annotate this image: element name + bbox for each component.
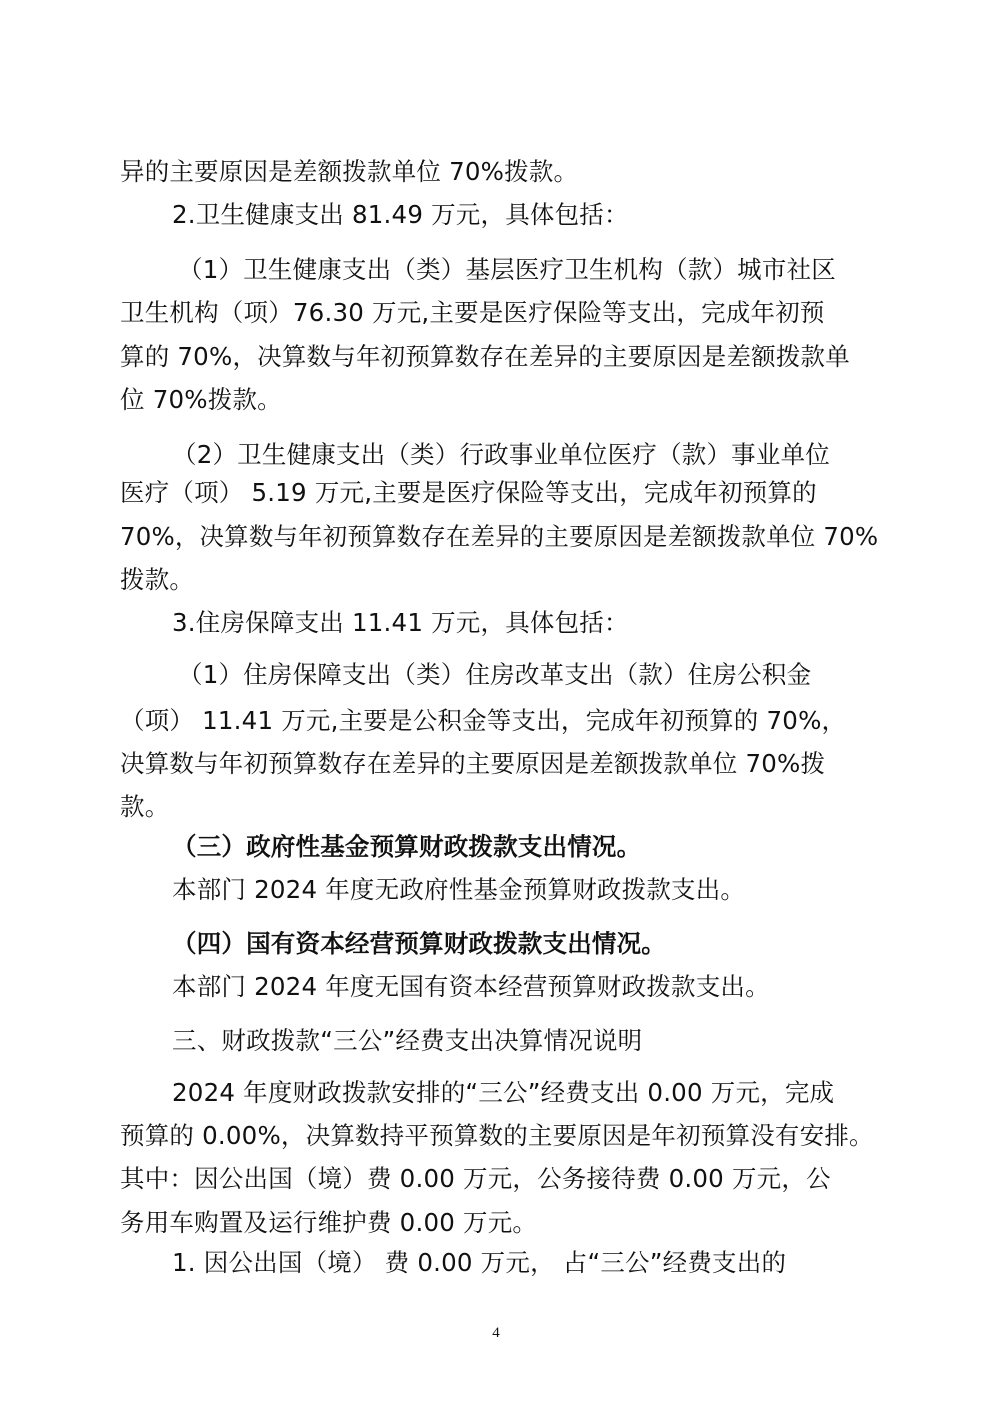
paragraph-line: 预算的 0.00%，决算数持平预算数的主要原因是年初预算没有安排。 [120,1119,874,1153]
paragraph-line: 异的主要原因是差额拨款单位 70%拨款。 [120,155,578,189]
paragraph-line: 70%，决算数与年初预算数存在差异的主要原因是差额拨款单位 70% [120,520,878,554]
document-page: 异的主要原因是差额拨款单位 70%拨款。2.卫生健康支出 81.49 万元，具体… [0,0,992,1403]
paragraph-line: 医疗（项） 5.19 万元,主要是医疗保险等支出，完成年初预算的 [120,476,817,510]
paragraph-line: （项） 11.41 万元,主要是公积金等支出，完成年初预算的 70%， [120,704,846,738]
paragraph-line: 卫生机构（项）76.30 万元,主要是医疗保险等支出，完成年初预 [120,296,825,330]
paragraph-line: 位 70%拨款。 [120,383,282,417]
paragraph-line: 1. 因公出国（境） 费 0.00 万元， 占“三公”经费支出的 [172,1246,786,1280]
paragraph-line: 2.卫生健康支出 81.49 万元，具体包括： [172,198,629,232]
paragraph-line: 本部门 2024 年度无政府性基金预算财政拨款支出。 [172,873,745,907]
section-heading: （四）国有资本经营预算财政拨款支出情况。 [172,927,666,961]
paragraph-line: （1）住房保障支出（类）住房改革支出（款）住房公积金 [178,658,811,692]
paragraph-line: 2024 年度财政拨款安排的“三公”经费支出 0.00 万元，完成 [172,1076,834,1110]
paragraph-line: 算的 70%，决算数与年初预算数存在差异的主要原因是差额拨款单 [120,340,850,374]
paragraph-line: 务用车购置及运行维护费 0.00 万元。 [120,1206,537,1240]
paragraph-line: 拨款。 [120,563,194,597]
paragraph-line: 款。 [120,790,169,824]
paragraph-line: 决算数与年初预算数存在差异的主要原因是差额拨款单位 70%拨 [120,747,825,781]
paragraph-line: 其中：因公出国（境）费 0.00 万元，公务接待费 0.00 万元，公 [120,1162,831,1196]
section-heading: （三）政府性基金预算财政拨款支出情况。 [172,830,641,864]
paragraph-line: （1）卫生健康支出（类）基层医疗卫生机构（款）城市社区 [178,253,836,287]
paragraph-line: 本部门 2024 年度无国有资本经营预算财政拨款支出。 [172,970,770,1004]
page-number: 4 [0,1325,992,1342]
paragraph-line: 3.住房保障支出 11.41 万元，具体包括： [172,606,629,640]
paragraph-line: （2）卫生健康支出（类）行政事业单位医疗（款）事业单位 [172,438,830,472]
paragraph-line: 三、财政拨款“三公”经费支出决算情况说明 [172,1024,642,1058]
